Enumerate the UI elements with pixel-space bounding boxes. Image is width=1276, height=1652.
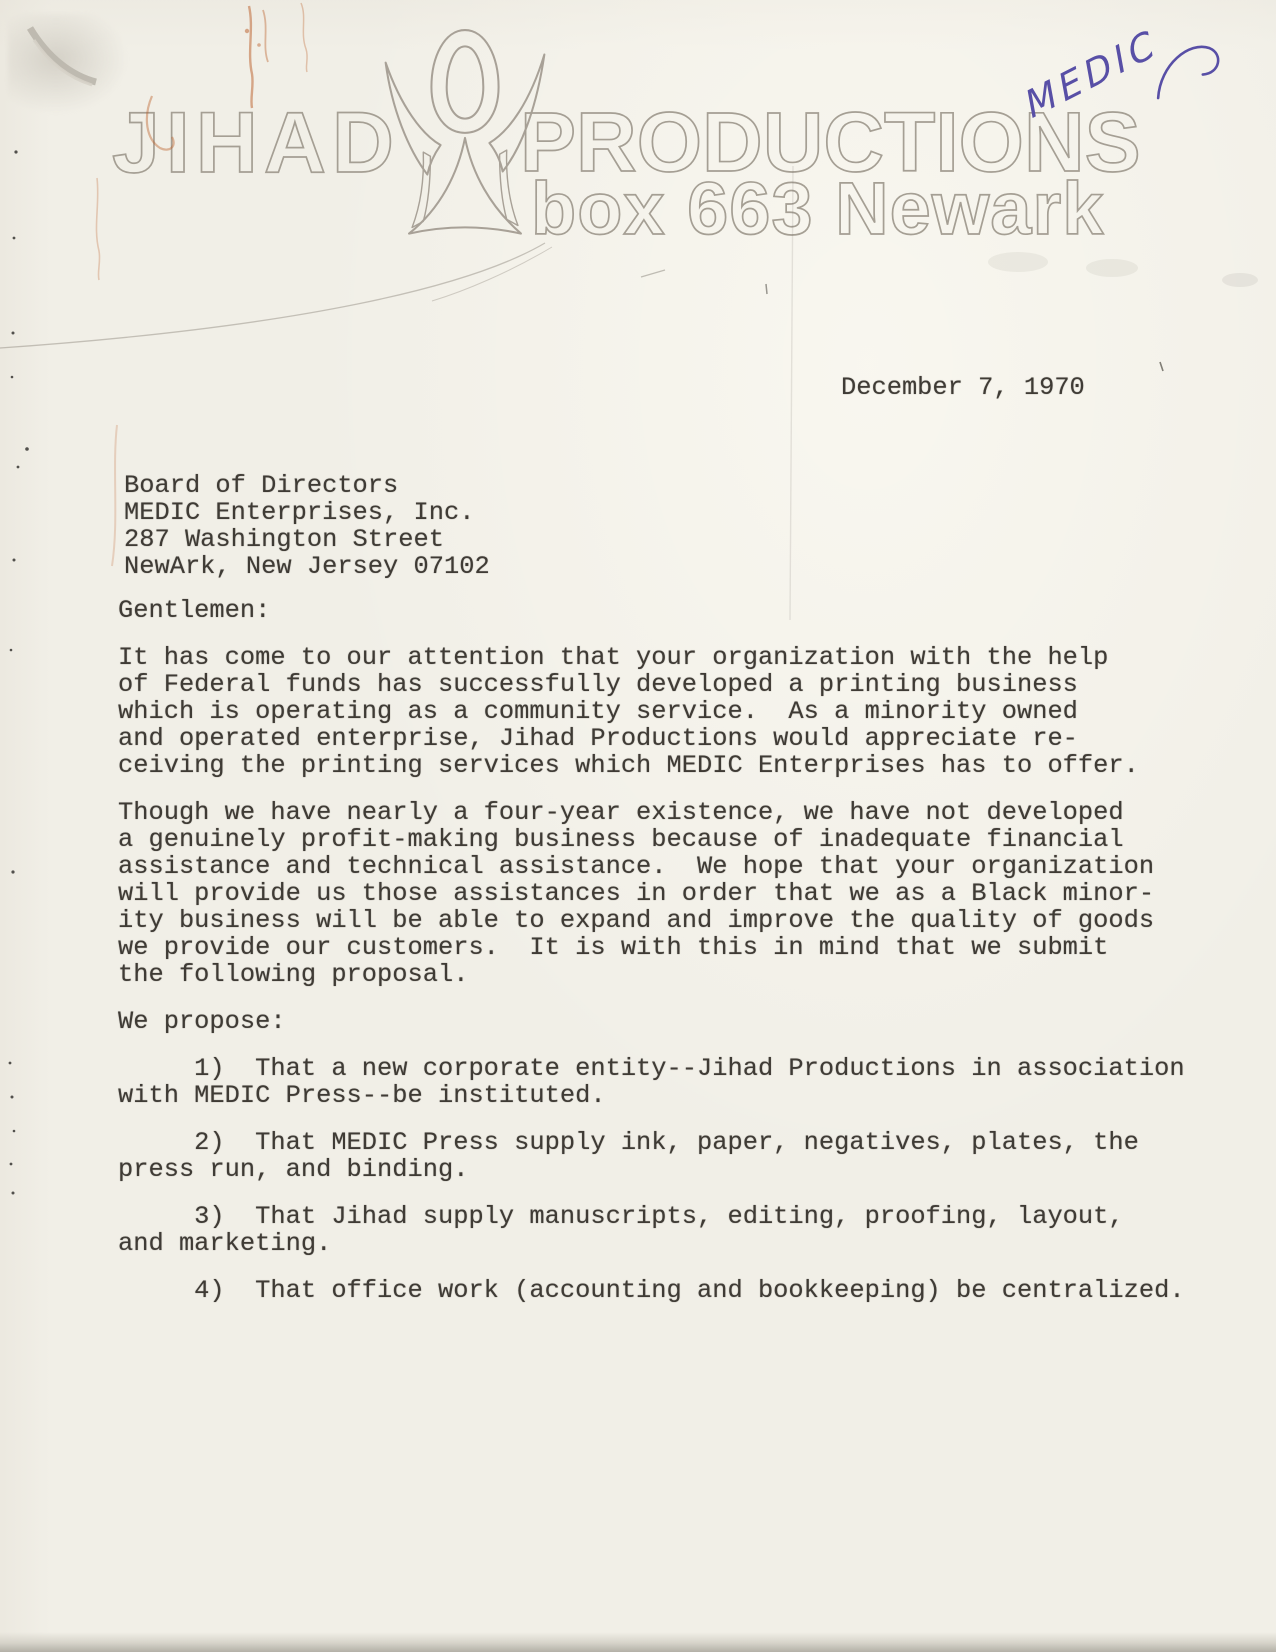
proposal-item-2: 2) That MEDIC Press supply ink, paper, n… (118, 1129, 1139, 1183)
page-bottom-shadow (0, 1632, 1276, 1652)
proposal-item-3: 3) That Jihad supply manuscripts, editin… (118, 1203, 1124, 1257)
propose-intro: We propose: (118, 1008, 286, 1035)
proposal-item-4: 4) That office work (accounting and book… (118, 1277, 1185, 1304)
paper-crease-stain (8, 14, 128, 114)
paragraph-2: Though we have nearly a four-year existe… (118, 799, 1154, 988)
scanned-letter-page: JIHAD PRODUCTIONS box 663 Newark MEDIC D… (0, 0, 1276, 1652)
letterhead-box-address-wordmark: box 663 Newark (531, 172, 1104, 246)
proposal-item-1: 1) That a new corporate entity--Jihad Pr… (118, 1055, 1185, 1109)
letterhead-jihad-wordmark: JIHAD (112, 100, 400, 186)
letter-date: December 7, 1970 (841, 374, 1085, 401)
recipient-address: Board of Directors MEDIC Enterprises, In… (124, 472, 490, 580)
paragraph-1: It has come to our attention that your o… (118, 644, 1139, 779)
salutation: Gentlemen: (118, 597, 270, 624)
